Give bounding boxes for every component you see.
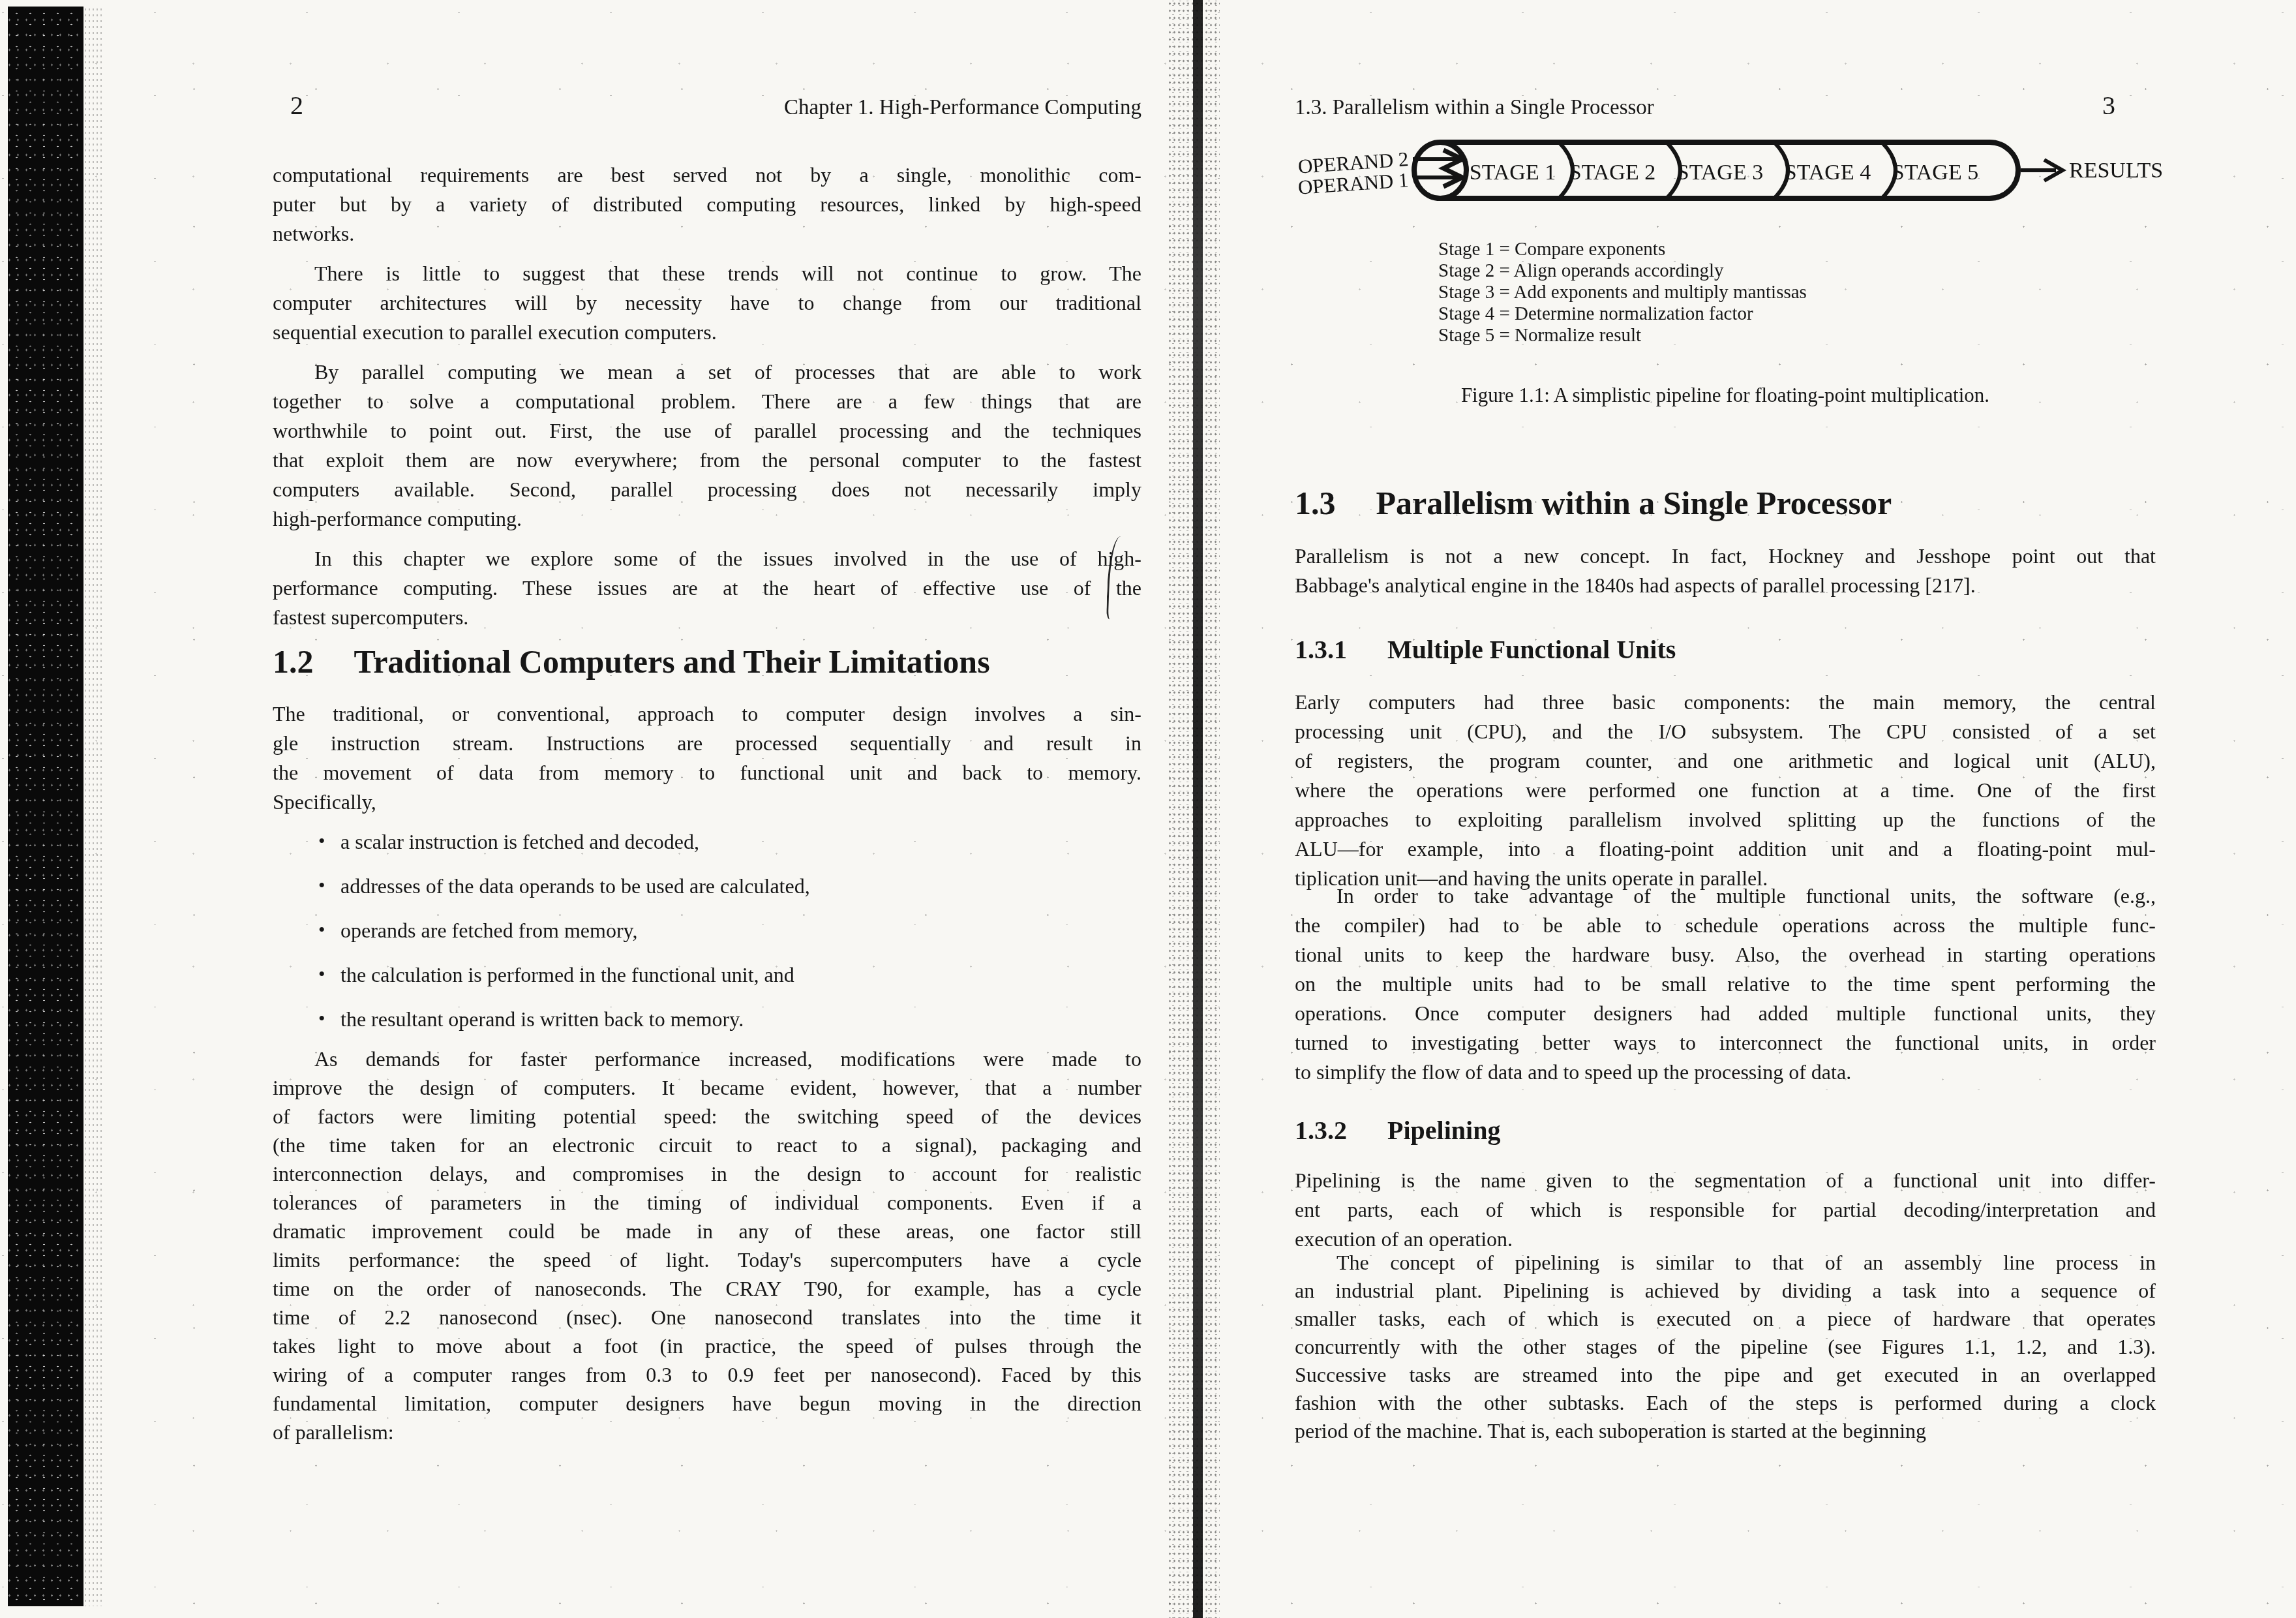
text-line: ent parts, each of which is responsible … bbox=[1295, 1195, 2156, 1225]
bullet-text: a scalar instruction is fetched and deco… bbox=[340, 827, 699, 856]
section-heading-1-3: 1.3 Parallelism within a Single Processo… bbox=[1295, 484, 1892, 522]
pipeline-exit-cap bbox=[1989, 142, 2018, 198]
results-label: RESULTS bbox=[2069, 159, 2163, 183]
section-heading-1-2: 1.2 Traditional Computers and Their Limi… bbox=[273, 643, 990, 680]
running-header-title-right: 1.3. Parallelism within a Single Process… bbox=[1295, 96, 1654, 120]
text-line: ALU—for example, into a floating-point a… bbox=[1295, 834, 2156, 864]
paragraph: The concept of pipelining is similar to … bbox=[1295, 1249, 2156, 1445]
text-line: fundamental limitation, computer designe… bbox=[273, 1389, 1141, 1418]
film-strip-halo bbox=[83, 7, 103, 1606]
text-line: (the time taken for an electronic circui… bbox=[273, 1131, 1141, 1159]
paragraph: Pipelining is the name given to the segm… bbox=[1295, 1166, 2156, 1254]
stage-label-4: STAGE 4 bbox=[1785, 160, 1871, 185]
text-line: As demands for faster performance increa… bbox=[273, 1045, 1141, 1073]
binding-gutter-core bbox=[1193, 0, 1203, 1618]
bullet-text: operands are fetched from memory, bbox=[340, 916, 638, 945]
bullet-item: • the resultant operand is written back … bbox=[318, 1005, 1127, 1033]
figure-caption: Figure 1.1: A simplistic pipeline for fl… bbox=[1295, 384, 2156, 407]
bullet-text: the resultant operand is written back to… bbox=[340, 1005, 744, 1033]
section-title: Traditional Computers and Their Limitati… bbox=[354, 643, 990, 680]
section-number: 1.2 bbox=[273, 643, 314, 680]
paragraph: Parallelism is not a new concept. In fac… bbox=[1295, 542, 2156, 600]
legend-line: Stage 1 = Compare exponents bbox=[1438, 239, 1807, 260]
text-line: of factors were limiting potential speed… bbox=[273, 1102, 1141, 1131]
page-number-left: 2 bbox=[273, 90, 303, 121]
text-line: gle instruction stream. Instructions are… bbox=[273, 729, 1141, 758]
text-line: tolerances of parameters in the timing o… bbox=[273, 1188, 1141, 1217]
text-line: operations. Once computer designers had … bbox=[1295, 999, 2156, 1028]
text-line: computers available. Second, parallel pr… bbox=[273, 475, 1141, 504]
page-right: 1.3. Parallelism within a Single Process… bbox=[1295, 78, 2156, 1579]
stage-label-5: STAGE 5 bbox=[1892, 160, 1978, 185]
page-left: 2 Chapter 1. High-Performance Computing … bbox=[273, 85, 1141, 1520]
bullet-item: • operands are fetched from memory, bbox=[318, 916, 1127, 945]
bullet-dot: • bbox=[318, 960, 340, 989]
text-line: of registers, the program counter, and o… bbox=[1295, 746, 2156, 776]
text-line: tional units to keep the hardware busy. … bbox=[1295, 940, 2156, 969]
text-line: networks. bbox=[273, 219, 1141, 249]
stage-label-3: STAGE 3 bbox=[1677, 160, 1763, 185]
bullet-item: • a scalar instruction is fetched and de… bbox=[318, 827, 1127, 856]
text-line: computational requirements are best serv… bbox=[273, 160, 1141, 190]
running-header-title-left: Chapter 1. High-Performance Computing bbox=[784, 96, 1141, 120]
bullet-item: • addresses of the data operands to be u… bbox=[318, 872, 1127, 900]
paragraph: There is little to suggest that these tr… bbox=[273, 259, 1141, 347]
text-line: interconnection delays, and compromises … bbox=[273, 1159, 1141, 1188]
bullet-text: addresses of the data operands to be use… bbox=[340, 872, 810, 900]
text-line: time on the order of nanoseconds. The CR… bbox=[273, 1274, 1141, 1303]
running-header-left: 2 Chapter 1. High-Performance Computing bbox=[273, 90, 1141, 121]
text-line: limits performance: the speed of light. … bbox=[273, 1245, 1141, 1274]
pipeline-entry-cap bbox=[1414, 142, 1466, 198]
text-line: approaches to exploiting parallelism inv… bbox=[1295, 805, 2156, 834]
text-line: smaller tasks, each of which is executed… bbox=[1295, 1305, 2156, 1333]
text-line: worthwhile to point out. First, the use … bbox=[273, 416, 1141, 446]
text-line: The concept of pipelining is similar to … bbox=[1295, 1249, 2156, 1277]
text-line: together to solve a computational proble… bbox=[273, 387, 1141, 416]
paragraph: As demands for faster performance increa… bbox=[273, 1045, 1141, 1446]
text-line: where the operations were performed one … bbox=[1295, 776, 2156, 805]
text-line: the movement of data from memory to func… bbox=[273, 758, 1141, 787]
paragraph: By parallel computing we mean a set of p… bbox=[273, 358, 1141, 534]
bullet-dot: • bbox=[318, 872, 340, 900]
subsection-number: 1.3.1 bbox=[1295, 634, 1347, 665]
legend-line: Stage 5 = Normalize result bbox=[1438, 325, 1807, 346]
text-line: to simplify the flow of data and to spee… bbox=[1295, 1058, 2156, 1087]
text-line: takes light to move about a foot (in pra… bbox=[273, 1332, 1141, 1360]
running-header-right: 1.3. Parallelism within a Single Process… bbox=[1295, 90, 2156, 121]
subsection-heading-1-3-1: 1.3.1 Multiple Functional Units bbox=[1295, 634, 1676, 665]
text-line: the compiler) had to be able to schedule… bbox=[1295, 911, 2156, 940]
figure-pipeline: OPERAND 2 OPERAND 1 STAGE 1 STAGE 2 STAG… bbox=[1239, 119, 2296, 213]
text-line: computer architectures will by necessity… bbox=[273, 288, 1141, 318]
subsection-title: Multiple Functional Units bbox=[1387, 634, 1676, 665]
text-line: period of the machine. That is, each sub… bbox=[1295, 1417, 2156, 1445]
text-line: Early computers had three basic componen… bbox=[1295, 688, 2156, 717]
text-line: of parallelism: bbox=[273, 1418, 1141, 1446]
stage-label-1: STAGE 1 bbox=[1470, 160, 1556, 185]
paragraph: The traditional, or conventional, approa… bbox=[273, 699, 1141, 817]
paragraph: In order to take advantage of the multip… bbox=[1295, 881, 2156, 1087]
bullet-item: • the calculation is performed in the fu… bbox=[318, 960, 1127, 989]
text-line: processing unit (CPU), and the I/O subsy… bbox=[1295, 717, 2156, 746]
subsection-number: 1.3.2 bbox=[1295, 1115, 1347, 1146]
text-line: There is little to suggest that these tr… bbox=[273, 259, 1141, 288]
subsection-title: Pipelining bbox=[1387, 1115, 1500, 1146]
section-title: Parallelism within a Single Processor bbox=[1376, 484, 1892, 522]
text-line: Specifically, bbox=[273, 787, 1141, 817]
section-number: 1.3 bbox=[1295, 484, 1336, 522]
book-scan: { "left_page": { "page_number": "2", "ru… bbox=[0, 0, 2296, 1618]
text-line: In order to take advantage of the multip… bbox=[1295, 881, 2156, 911]
text-line: performance computing. These issues are … bbox=[273, 573, 1141, 603]
legend-line: Stage 2 = Align operands accordingly bbox=[1438, 260, 1807, 282]
text-line: sequential execution to parallel executi… bbox=[273, 318, 1141, 347]
text-line: wiring of a computer ranges from 0.3 to … bbox=[273, 1360, 1141, 1389]
paragraph: Early computers had three basic componen… bbox=[1295, 688, 2156, 893]
text-line: The traditional, or conventional, approa… bbox=[273, 699, 1141, 729]
bullet-dot: • bbox=[318, 827, 340, 856]
text-line: puter but by a variety of distributed co… bbox=[273, 190, 1141, 219]
text-line: improve the design of computers. It beca… bbox=[273, 1073, 1141, 1102]
text-line: fastest supercomputers. bbox=[273, 603, 1141, 632]
bullet-dot: • bbox=[318, 1005, 340, 1033]
text-line: In this chapter we explore some of the i… bbox=[273, 544, 1141, 573]
film-strip bbox=[8, 7, 83, 1606]
paragraph: computational requirements are best serv… bbox=[273, 160, 1141, 249]
figure-legend: Stage 1 = Compare exponents Stage 2 = Al… bbox=[1438, 239, 1807, 346]
text-line: Pipelining is the name given to the segm… bbox=[1295, 1166, 2156, 1195]
text-line: on the multiple units had to be small re… bbox=[1295, 969, 2156, 999]
text-line: Parallelism is not a new concept. In fac… bbox=[1295, 542, 2156, 571]
text-line: Babbage's analytical engine in the 1840s… bbox=[1295, 571, 2156, 600]
text-line: time of 2.2 nanosecond (nsec). One nanos… bbox=[273, 1303, 1141, 1332]
text-line: fashion with the other subtasks. Each of… bbox=[1295, 1389, 2156, 1417]
text-line: Successive tasks are streamed into the p… bbox=[1295, 1361, 2156, 1389]
legend-line: Stage 4 = Determine normalization factor bbox=[1438, 303, 1807, 325]
text-line: turned to investigating better ways to i… bbox=[1295, 1028, 2156, 1058]
legend-line: Stage 3 = Add exponents and multiply man… bbox=[1438, 282, 1807, 303]
subsection-heading-1-3-2: 1.3.2 Pipelining bbox=[1295, 1115, 1500, 1146]
paragraph: In this chapter we explore some of the i… bbox=[273, 544, 1141, 632]
text-line: By parallel computing we mean a set of p… bbox=[273, 358, 1141, 387]
text-line: dramatic improvement could be made in an… bbox=[273, 1217, 1141, 1245]
bullet-text: the calculation is performed in the func… bbox=[340, 960, 794, 989]
text-line: an industrial plant. Pipelining is achie… bbox=[1295, 1277, 2156, 1305]
stage-label-2: STAGE 2 bbox=[1569, 160, 1655, 185]
text-line: concurrently with the other stages of th… bbox=[1295, 1333, 2156, 1361]
text-line: high-performance computing. bbox=[273, 504, 1141, 534]
text-line: that exploit them are now everywhere; fr… bbox=[273, 446, 1141, 475]
bullet-dot: • bbox=[318, 916, 340, 945]
page-number-right: 3 bbox=[2102, 90, 2115, 121]
